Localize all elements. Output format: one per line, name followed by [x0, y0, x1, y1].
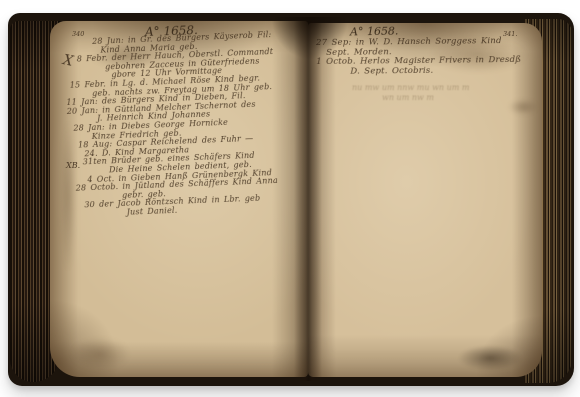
corner-stain — [70, 337, 130, 371]
manuscript-line: nu mw um nnw mu wn um m — [352, 83, 522, 93]
left-page: 340 A° 1658. X XB. 28 Jun: in Gr. des Bü… — [50, 21, 308, 377]
left-page-number: 340 — [72, 30, 84, 38]
left-page-handwriting: 28 Jun: in Gr. des Bürgers Käyserob Fil:… — [64, 30, 308, 219]
photo-background: 340 A° 1658. X XB. 28 Jun: in Gr. des Bü… — [0, 0, 580, 397]
corner-stain — [458, 345, 522, 371]
ink-bleed-through: nu mw um nnw mu wn um mwn um nw m — [322, 83, 522, 103]
open-book: 340 A° 1658. X XB. 28 Jun: in Gr. des Bü… — [8, 13, 574, 386]
right-page-handwriting: 27 Sep: in W. D. Hansch Sorggess KindSep… — [316, 37, 536, 78]
right-page: 341. A° 1658. 27 Sep: in W. D. Hansch So… — [308, 23, 542, 377]
manuscript-line: D. Sept. Octobris. — [350, 65, 536, 77]
manuscript-line: wn um nw m — [382, 93, 522, 103]
